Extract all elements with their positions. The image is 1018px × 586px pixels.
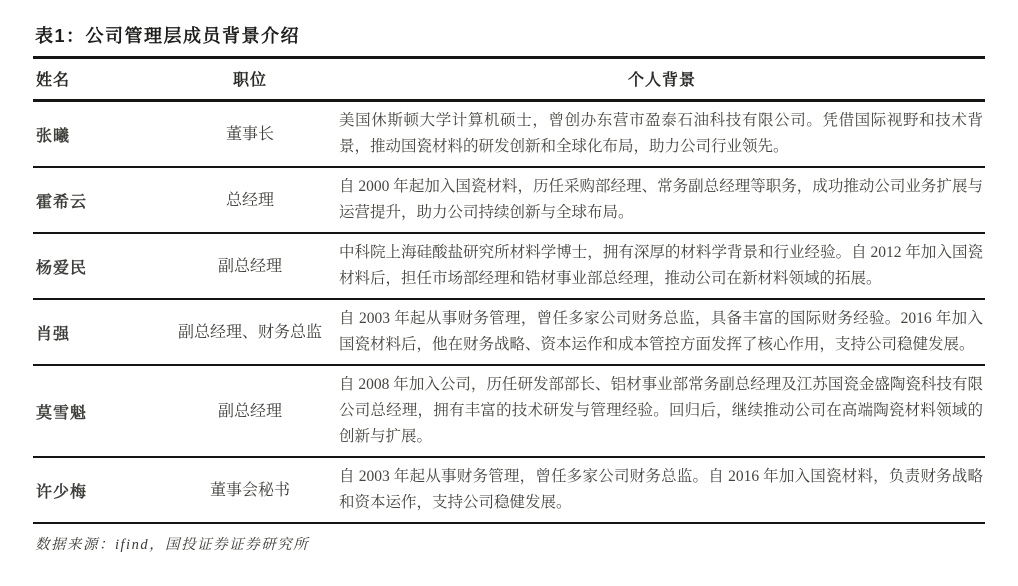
position-cell: 副总经理、财务总监: [161, 299, 339, 365]
management-table: 姓名 职位 个人背景 张曦 董事长 美国休斯顿大学计算机硕士，曾创办东营市盈泰石…: [33, 59, 985, 524]
background-cell: 自 2008 年加入公司，历任研发部部长、铝材事业部常务副总经理及江苏国瓷金盛陶…: [339, 365, 985, 457]
background-cell: 自 2003 年起从事财务管理，曾任多家公司财务总监。自 2016 年加入国瓷材…: [339, 457, 985, 523]
table-row: 霍希云 总经理 自 2000 年起加入国瓷材料，历任采购部经理、常务副总经理等职…: [33, 167, 985, 233]
table-title: 表1：公司管理层成员背景介绍: [33, 20, 985, 59]
table-row: 莫雪魁 副总经理 自 2008 年加入公司，历任研发部部长、铝材事业部常务副总经…: [33, 365, 985, 457]
position-cell: 副总经理: [161, 365, 339, 457]
background-cell: 中科院上海硅酸盐研究所材料学博士，拥有深厚的材料学背景和行业经验。自 2012 …: [339, 233, 985, 299]
table-body: 张曦 董事长 美国休斯顿大学计算机硕士，曾创办东营市盈泰石油科技有限公司。凭借国…: [33, 101, 985, 524]
table-row: 肖强 副总经理、财务总监 自 2003 年起从事财务管理，曾任多家公司财务总监，…: [33, 299, 985, 365]
table-row: 杨爱民 副总经理 中科院上海硅酸盐研究所材料学博士，拥有深厚的材料学背景和行业经…: [33, 233, 985, 299]
data-source-note: 数据来源：ifind，国投证券证券研究所: [35, 533, 985, 554]
report-page: 表1：公司管理层成员背景介绍 姓名 职位 个人背景 张曦 董事长 美国休斯顿大学…: [0, 0, 1018, 586]
name-cell: 霍希云: [33, 167, 161, 233]
background-cell: 美国休斯顿大学计算机硕士，曾创办东营市盈泰石油科技有限公司。凭借国际视野和技术背…: [339, 101, 985, 168]
table-row: 张曦 董事长 美国休斯顿大学计算机硕士，曾创办东营市盈泰石油科技有限公司。凭借国…: [33, 101, 985, 168]
header-row: 姓名 职位 个人背景: [33, 59, 985, 101]
column-header-position: 职位: [161, 59, 339, 101]
position-cell: 董事长: [161, 101, 339, 168]
name-cell: 张曦: [33, 101, 161, 168]
name-cell: 许少梅: [33, 457, 161, 523]
background-cell: 自 2003 年起从事财务管理，曾任多家公司财务总监，具备丰富的国际财务经验。2…: [339, 299, 985, 365]
position-cell: 总经理: [161, 167, 339, 233]
name-cell: 莫雪魁: [33, 365, 161, 457]
position-cell: 副总经理: [161, 233, 339, 299]
column-header-name: 姓名: [33, 59, 161, 101]
background-cell: 自 2000 年起加入国瓷材料，历任采购部经理、常务副总经理等职务，成功推动公司…: [339, 167, 985, 233]
column-header-background: 个人背景: [339, 59, 985, 101]
table-row: 许少梅 董事会秘书 自 2003 年起从事财务管理，曾任多家公司财务总监。自 2…: [33, 457, 985, 523]
name-cell: 杨爱民: [33, 233, 161, 299]
table-header: 姓名 职位 个人背景: [33, 59, 985, 101]
name-cell: 肖强: [33, 299, 161, 365]
position-cell: 董事会秘书: [161, 457, 339, 523]
